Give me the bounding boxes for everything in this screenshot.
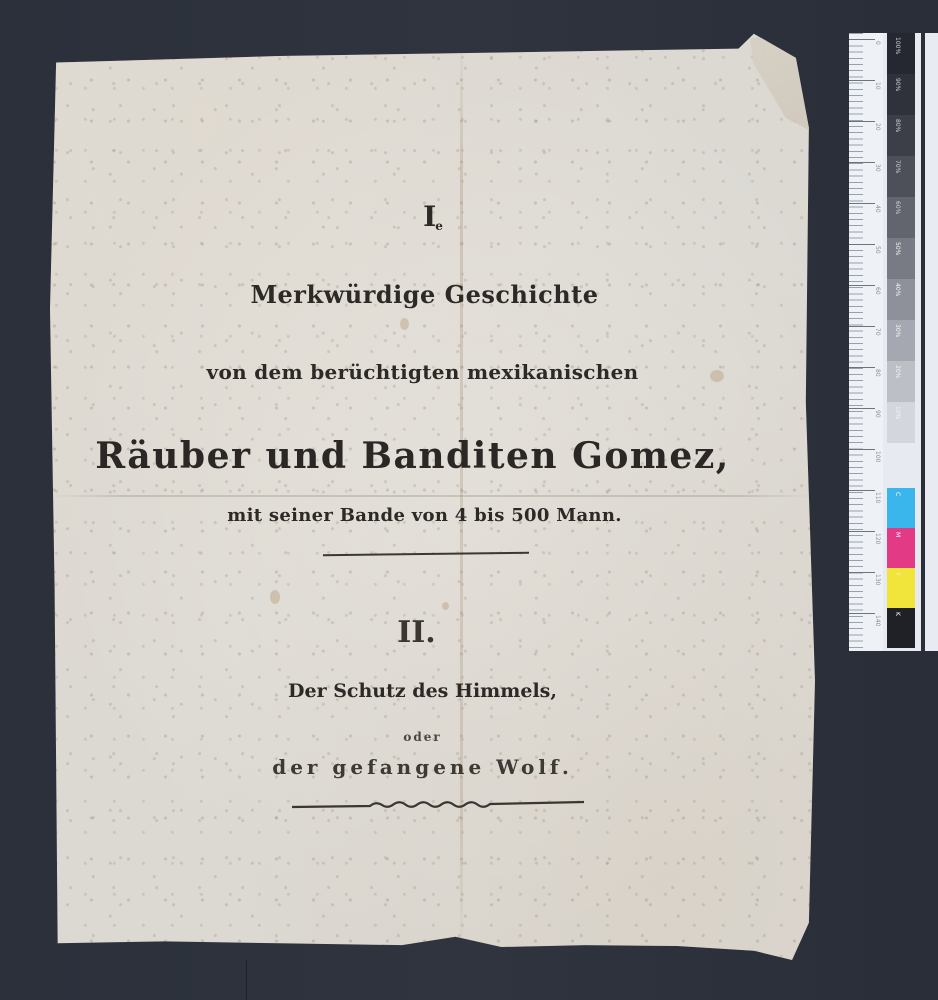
- ruler-major-tick: [849, 531, 875, 532]
- gray-patch: 70%: [887, 156, 915, 197]
- background-seam: [246, 960, 247, 1000]
- ornamental-wavy-rule: [290, 800, 586, 810]
- patch-label: 20%: [894, 365, 901, 378]
- ruler-label: 40: [874, 205, 881, 213]
- vertical-fold-line: [460, 30, 463, 960]
- ruler-label: 0: [874, 41, 881, 45]
- gray-and-color-patches: 100%90%80%70%60%50%40%30%20%10%CMYK: [887, 33, 915, 651]
- gray-patch: 40%: [887, 279, 915, 320]
- ruler-label: 60: [874, 287, 881, 295]
- story-one-title: Merkwürdige Geschichte: [42, 280, 807, 309]
- ruler-major-tick: [849, 326, 875, 327]
- story-one-main-heading: Räuber und Banditen Gomez,: [30, 435, 795, 477]
- ruler-major-tick: [849, 121, 875, 122]
- ruler-major-tick: [849, 203, 875, 204]
- ruler-major-tick: [849, 162, 875, 163]
- ruler-major-tick: [849, 408, 875, 409]
- paper-stain: [442, 602, 449, 610]
- paper-stain: [270, 590, 280, 604]
- ruler-label: 100: [874, 451, 881, 462]
- color-patch: M: [887, 528, 915, 568]
- patch-label: 10%: [894, 406, 901, 419]
- patch-label: K: [894, 612, 901, 616]
- gray-patch: 60%: [887, 197, 915, 238]
- ruler-major-tick: [849, 39, 875, 40]
- measurement-ruler: 0102030405060708090100110120130140: [849, 33, 883, 651]
- gray-patch: 50%: [887, 238, 915, 279]
- story-two-title: Der Schutz des Himmels,: [40, 680, 805, 702]
- patch-label: 40%: [894, 283, 901, 296]
- ruler-label: 80: [874, 369, 881, 377]
- ruler-label: 30: [874, 164, 881, 172]
- patch-label: 80%: [894, 119, 901, 132]
- ruler-label: 50: [874, 246, 881, 254]
- ruler-label: 70: [874, 328, 881, 336]
- conjunction-oder: oder: [40, 730, 805, 744]
- gray-patch: 90%: [887, 74, 915, 115]
- gray-patch: 10%: [887, 402, 915, 443]
- story-one-subtitle-line1: von dem berüchtigten mexikanischen: [40, 360, 805, 384]
- story-one-subtitle-line2: mit seiner Bande von 4 bis 500 Mann.: [42, 505, 807, 526]
- color-patch: C: [887, 488, 915, 528]
- gray-patch: 20%: [887, 361, 915, 402]
- story-two-subtitle: der gefangene Wolf.: [40, 755, 805, 779]
- patch-label: 100%: [894, 37, 901, 54]
- patch-label: 50%: [894, 242, 901, 255]
- gray-patch: 80%: [887, 115, 915, 156]
- ruler-major-tick: [849, 80, 875, 81]
- patch-label: C: [894, 492, 901, 496]
- section-one-numeral: Ie: [50, 200, 815, 233]
- gray-patch: 100%: [887, 33, 915, 74]
- patch-label: 70%: [894, 160, 901, 173]
- ruler-major-tick: [849, 613, 875, 614]
- patch-label: M: [894, 532, 901, 537]
- ruler-label: 120: [874, 533, 881, 544]
- target-divider-bar: [921, 33, 925, 651]
- ruler-major-tick: [849, 572, 875, 573]
- numeral-one: I: [423, 200, 435, 233]
- numeral-suffix: e: [435, 219, 442, 233]
- patch-label: 90%: [894, 78, 901, 91]
- paper-stain: [400, 318, 409, 330]
- ruler-label: 90: [874, 410, 881, 418]
- color-calibration-target: 0102030405060708090100110120130140 100%9…: [849, 33, 938, 651]
- color-patch: K: [887, 608, 915, 648]
- ruler-major-tick: [849, 244, 875, 245]
- ruler-major-tick: [849, 449, 875, 450]
- ruler-major-tick: [849, 490, 875, 491]
- target-blank-strip: [927, 33, 938, 651]
- gray-patch: 30%: [887, 320, 915, 361]
- ruler-major-tick: [849, 367, 875, 368]
- patch-label: 30%: [894, 324, 901, 337]
- patch-label: Y: [894, 572, 901, 576]
- ruler-label: 20: [874, 123, 881, 131]
- ruler-major-tick: [849, 285, 875, 286]
- ruler-label: 10: [874, 82, 881, 90]
- ruler-label: 110: [874, 492, 881, 503]
- horizontal-fold-line: [50, 495, 815, 497]
- section-divider-rule: [323, 552, 529, 557]
- ruler-label: 130: [874, 574, 881, 585]
- patch-label: 60%: [894, 201, 901, 214]
- color-patch: Y: [887, 568, 915, 608]
- ruler-label: 140: [874, 615, 881, 626]
- document-page: Ie Merkwürdige Geschichte von dem berüch…: [50, 30, 815, 960]
- section-two-numeral: II.: [34, 615, 799, 650]
